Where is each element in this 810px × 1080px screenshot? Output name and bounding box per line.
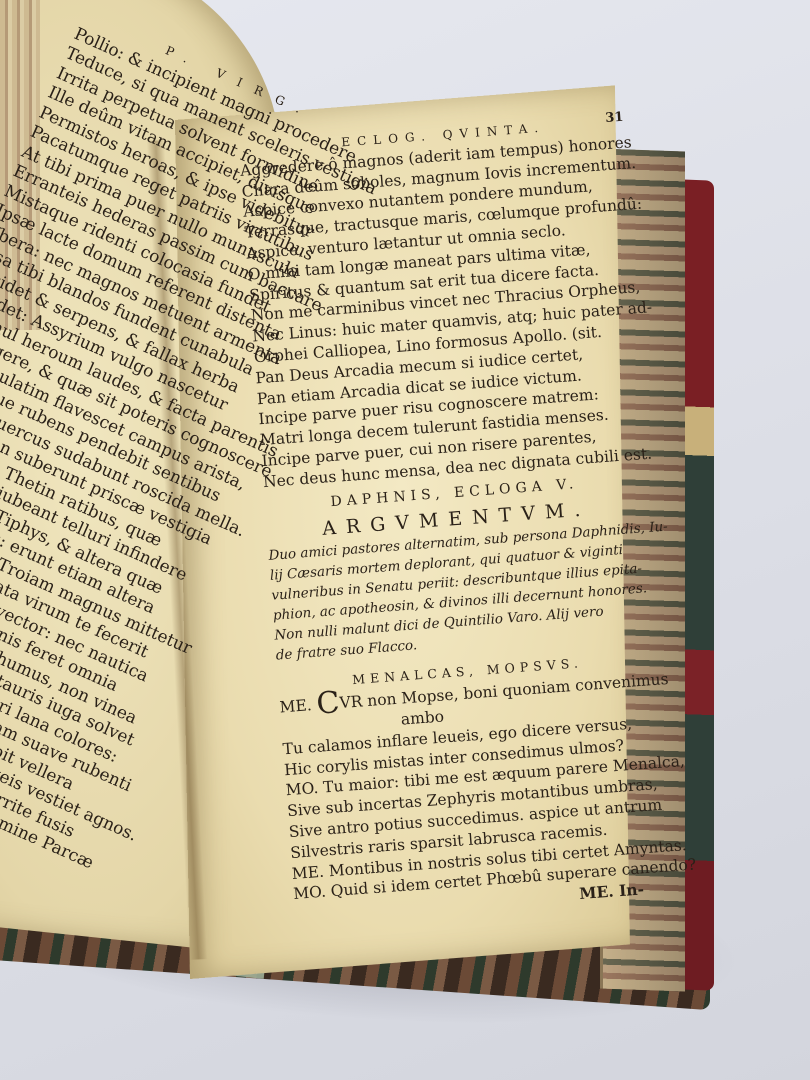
right-page-text: ECLOG. QVINTA. 31 Aggredere ô magnos (ad… xyxy=(238,112,675,926)
book-photo: P. VIRG. Pollio: & incipient magni proce… xyxy=(0,0,810,1080)
speaker-prefix: ME. xyxy=(279,696,312,716)
page-number: 31 xyxy=(605,108,625,130)
drop-cap: C xyxy=(315,685,340,722)
